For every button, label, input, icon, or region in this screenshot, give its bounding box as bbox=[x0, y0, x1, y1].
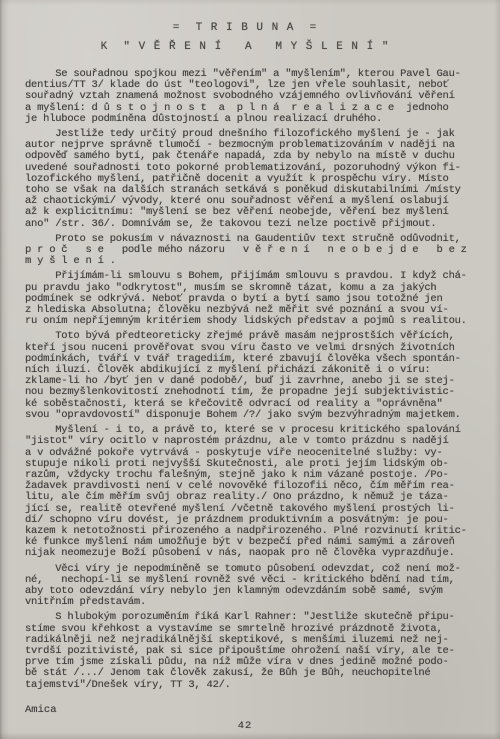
paragraph: S hlubokým porozuměním říká Karl Rahner:… bbox=[25, 612, 495, 690]
document-subtitle: K " V Ě Ř E N Í A M Y Š L E N Í " bbox=[25, 41, 465, 53]
paragraph: Jestliže tedy určitý proud dnešního filo… bbox=[25, 129, 495, 230]
text-line: litu, ale čím měřím svůj obraz reality./… bbox=[25, 492, 495, 503]
page-number: 42 bbox=[25, 720, 495, 732]
paragraph: Proto se pokusím v návaznosti na Gaudent… bbox=[25, 234, 495, 268]
text-line: ano" /str. 36/. Domnívám se, že takovou … bbox=[25, 219, 495, 230]
text-line: až k explicitnímu: "myšlení se bez věřen… bbox=[25, 207, 495, 218]
text-line: ru oním nepříjemným kritériem shody lids… bbox=[25, 316, 495, 327]
document-body: Se souřadnou spojkou mezi "věřením" a "m… bbox=[25, 69, 495, 691]
text-line: "jistot" víry ocitlo v naprostém prázdnu… bbox=[25, 436, 495, 447]
text-line: S hlubokým porozuměním říká Karl Rahner:… bbox=[25, 612, 495, 623]
paragraph: Myšlení - i to, a právě to, které se v p… bbox=[25, 425, 495, 559]
text-line: Toto bývá předteoreticky zřejmé právě ma… bbox=[25, 331, 495, 342]
paragraph: Se souřadnou spojkou mezi "věřením" a "m… bbox=[25, 69, 495, 125]
paragraph: Přijímám-li smlouvu s Bohem, přijímám sm… bbox=[25, 271, 495, 327]
text-line: tajemství"/Dnešek víry, TT 3, 42/. bbox=[25, 680, 495, 691]
paragraph: Toto bývá předteoreticky zřejmé právě ma… bbox=[25, 331, 495, 421]
scanned-document-page: = T R I B U N A = K " V Ě Ř E N Í A M Y … bbox=[0, 0, 500, 739]
document-title: = T R I B U N A = bbox=[25, 22, 465, 34]
text-line: odpověď samého bytí, pak čtenáře napadá,… bbox=[25, 151, 495, 162]
text-line: vnitřním představám. bbox=[25, 597, 495, 608]
text-line: m y š l e n í . bbox=[25, 256, 495, 267]
text-line: svou "opravdovostí" disponuje Bohem /?/ … bbox=[25, 410, 495, 421]
text-line: Přijímám-li smlouvu s Bohem, přijímám sm… bbox=[25, 271, 495, 282]
text-line: je hluboce podmíněna důstojností a plnou… bbox=[25, 114, 495, 125]
author-signature: Amica bbox=[25, 705, 495, 716]
paragraph: Věci víry je nepodmíněně se tomuto působ… bbox=[25, 564, 495, 609]
text-line: souřadný vztah znamená možnost svobodnéh… bbox=[25, 91, 495, 102]
text-line: bě stát /.../ Jenom tak člověk zakusí, ž… bbox=[25, 668, 495, 679]
text-line: nijak neomezuje Boží působení v nás, nao… bbox=[25, 548, 495, 559]
title-block: = T R I B U N A = K " V Ě Ř E N Í A M Y … bbox=[25, 22, 495, 53]
text-line: nou bezmyšlenkovitostí znehodnotí tím, ž… bbox=[25, 387, 495, 398]
page-content: = T R I B U N A = K " V Ě Ř E N Í A M Y … bbox=[25, 22, 495, 732]
